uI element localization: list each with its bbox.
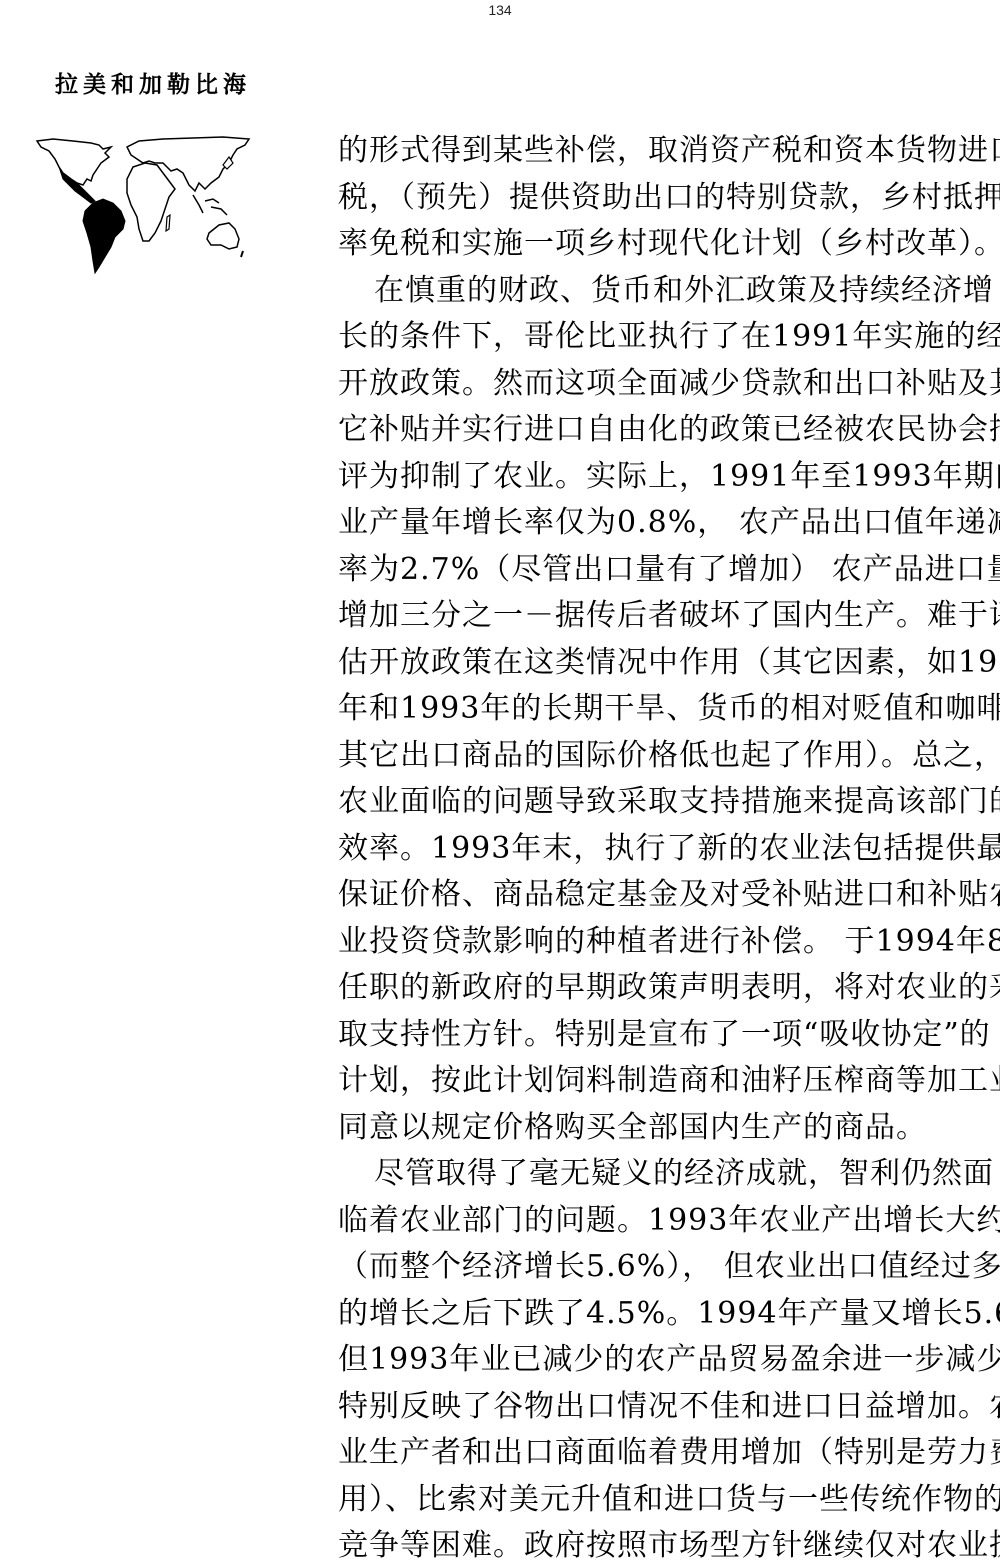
page-number: 134 xyxy=(0,2,1000,18)
text-line: 临着农业部门的问题。1993年农业产出增长大约5% xyxy=(338,1198,978,1245)
text-line: （而整个经济增长5.6%）， 但农业出口值经过多年 xyxy=(338,1244,978,1291)
text-line: 开放政策。然而这项全面减少贷款和出口补贴及其 xyxy=(338,361,978,408)
text-line: 长的条件下，哥伦比亚执行了在1991年实施的经济 xyxy=(338,314,978,361)
madagascar-shape xyxy=(166,215,170,231)
world-map-icon xyxy=(33,133,255,278)
text-line: 但1993年业已减少的农产品贸易盈余进一步减少， xyxy=(338,1337,978,1384)
text-line: 效率。1993年末，执行了新的农业法包括提供最低 xyxy=(338,826,978,873)
text-line: 用）、比索对美元升值和进口货与一些传统作物的 xyxy=(338,1477,978,1524)
text-line: 的增长之后下跌了4.5%。1994年产量又增长5.6%， xyxy=(338,1291,978,1338)
text-line: 估开放政策在这类情况中作用（其它因素，如1992 xyxy=(338,640,978,687)
text-line: 竞争等困难。政府按照市场型方针继续仅对农业提 xyxy=(338,1523,978,1566)
text-line: 业产量年增长率仅为0.8%， 农产品出口值年递减 xyxy=(338,500,978,547)
text-line: 业投资贷款影响的种植者进行补偿。 于1994年8月 xyxy=(338,919,978,966)
text-line: 的形式得到某些补偿，取消资产税和资本货物进口 xyxy=(338,128,978,175)
paragraph-start-line: 在慎重的财政、货币和外汇政策及持续经济增 xyxy=(338,268,978,315)
south-america-shape xyxy=(83,199,125,273)
se-asia-islands-shape xyxy=(193,195,227,215)
north-america-shape xyxy=(37,139,111,185)
text-line: 税，（预先）提供资助出口的特别贷款，乡村抵押 xyxy=(338,175,978,222)
text-line: 计划，按此计划饲料制造商和油籽压榨商等加工业 xyxy=(338,1058,978,1105)
body-text: 的形式得到某些补偿，取消资产税和资本货物进口 税，（预先）提供资助出口的特别贷款… xyxy=(338,128,978,1566)
text-line: 特别反映了谷物出口情况不佳和进口日益增加。农 xyxy=(338,1384,978,1431)
paragraph-start-line: 尽管取得了毫无疑义的经济成就，智利仍然面 xyxy=(338,1151,978,1198)
text-line: 率为2.7%（尽管出口量有了增加） 农产品进口量 xyxy=(338,547,978,594)
australia-shape xyxy=(207,223,239,249)
text-line: 任职的新政府的早期政策声明表明，将对农业的采 xyxy=(338,965,978,1012)
paragraph-end-line: 同意以规定价格购买全部国内生产的商品。 xyxy=(338,1105,978,1152)
text-line: 取支持性方针。特别是宣布了一项“吸收协定”的 xyxy=(338,1012,978,1059)
section-title: 拉美和加勒比海 xyxy=(55,66,251,99)
text-line: 它补贴并实行进口自由化的政策已经被农民协会批 xyxy=(338,407,978,454)
text-line: 年和1993年的长期干旱、货币的相对贬值和咖啡和 xyxy=(338,686,978,733)
text-line: 率免税和实施一项乡村现代化计划（乡村改革）。 xyxy=(338,221,978,268)
text-line: 农业面临的问题导致采取支持措施来提高该部门的 xyxy=(338,779,978,826)
text-line: 增加三分之一－据传后者破坏了国内生产。难于评 xyxy=(338,593,978,640)
text-line: 其它出口商品的国际价格低也起了作用）。总之， xyxy=(338,733,978,780)
text-line: 业生产者和出口商面临着费用增加（特别是劳力费 xyxy=(338,1430,978,1477)
text-line: 评为抑制了农业。实际上，1991年至1993年期间农 xyxy=(338,454,978,501)
text-line: 保证价格、商品稳定基金及对受补贴进口和补贴农 xyxy=(338,872,978,919)
new-zealand-shape xyxy=(241,251,243,257)
